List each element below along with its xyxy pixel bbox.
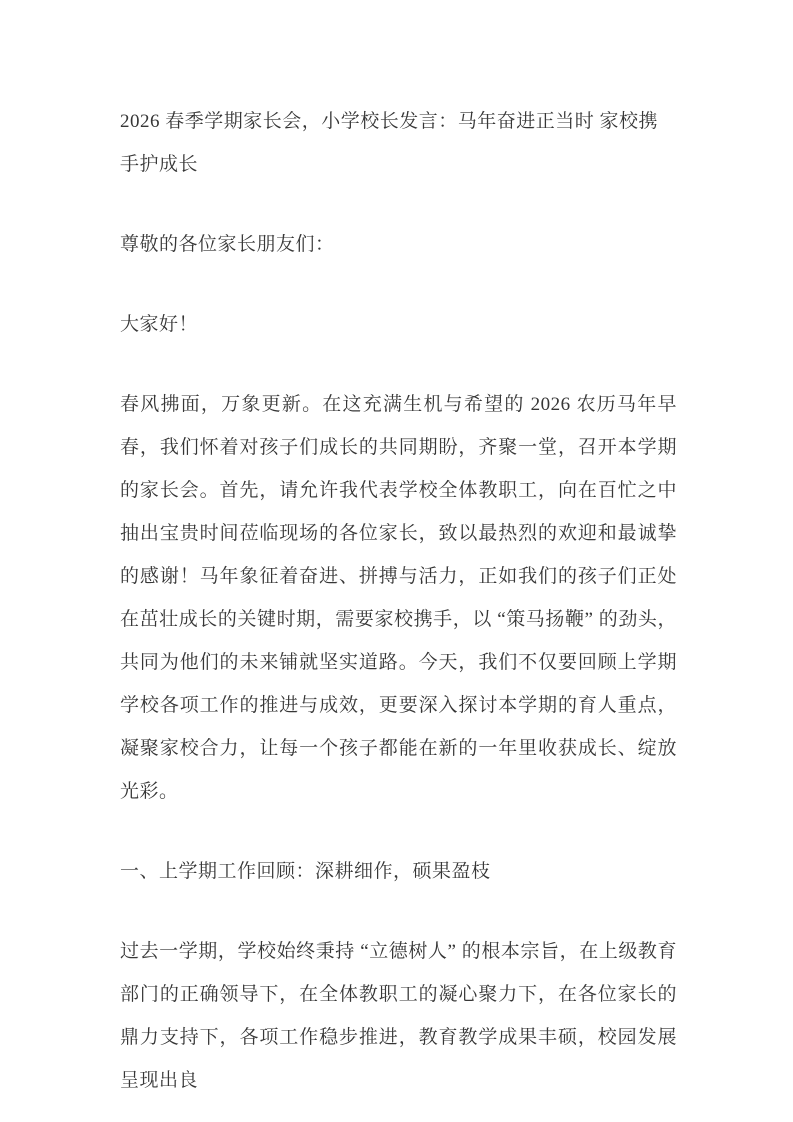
section-1-heading: 一、上学期工作回顾：深耕细作，硕果盈枝 [120,850,677,893]
document-page: 2026 春季学期家长会，小学校长发言：马年奋进正当时 家校携手护成长 尊敬的各… [0,0,793,1122]
document-title: 2026 春季学期家长会，小学校长发言：马年奋进正当时 家校携手护成长 [120,100,677,186]
opening-paragraph: 春风拂面，万象更新。在这充满生机与希望的 2026 农历马年早春，我们怀着对孩子… [120,383,677,813]
greeting-line: 大家好！ [120,303,677,346]
section-1-paragraph: 过去一学期，学校始终秉持 “立德树人” 的根本宗旨，在上级教育部门的正确领导下，… [120,930,677,1102]
salutation-line: 尊敬的各位家长朋友们： [120,223,677,266]
